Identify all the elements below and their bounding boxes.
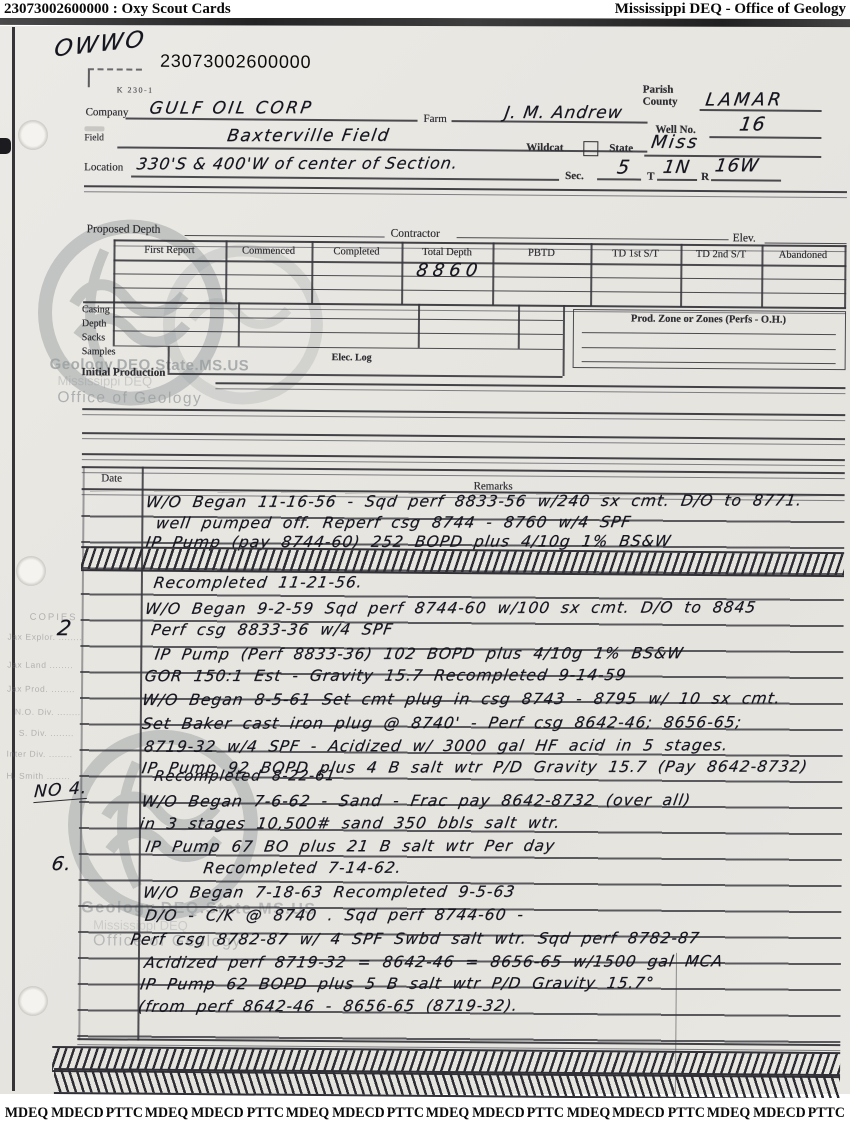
rule-line (657, 179, 697, 181)
copies-item: S. Div. (19, 728, 74, 738)
sec-label: Sec. (565, 170, 584, 182)
rule-line (84, 185, 847, 198)
remark-line: Perf csg 8833-36 w/4 SPF (150, 620, 395, 639)
remark-line: IP Pump 62 BOPD plus 5 B salt wtr P/D Gr… (139, 974, 656, 993)
viewer-header-bar: 23073002600000 : Oxy Scout Cards Mississ… (0, 0, 850, 18)
remark-line: W/O Began 11-16-56 - Sqd perf 8833-56 w/… (145, 491, 804, 511)
watermark-office-text: Office of Geology (57, 389, 202, 408)
grid-line (518, 305, 520, 349)
depth-label: Depth (82, 318, 107, 329)
col-total-depth: Total Depth (401, 247, 492, 259)
col-commenced: Commenced (225, 245, 311, 257)
sec-value: 5 (615, 156, 632, 178)
casing-label: Casing (82, 304, 110, 315)
well-no-value: 16 (738, 113, 768, 135)
remark-line: W/O Began 9-2-59 Sqd perf 8744-60 w/100 … (144, 598, 758, 618)
footer-item: PTTC (387, 1105, 424, 1122)
rule-line (82, 453, 845, 466)
footer-item: MDECD (613, 1105, 666, 1122)
remark-line: W/O Began 7-6-62 - Sand - Frac pay 8642-… (140, 791, 692, 810)
company-value: GULF OIL CORP (148, 98, 315, 118)
remark-line: (from perf 8642-46 - 8656-65 (8719-32). (137, 997, 520, 1016)
footer-item: MDEQ (286, 1105, 329, 1122)
grid-line (418, 304, 420, 348)
footer-item: MDECD (472, 1105, 525, 1122)
footer-item: MDEQ (567, 1105, 610, 1122)
remark-line: GOR 150:1 Est - Gravity 15.7 Recompleted… (143, 666, 627, 685)
no4-note: NO 4. (33, 778, 87, 803)
grid-line (563, 305, 565, 376)
elec-log-label: Elec. Log (332, 352, 372, 363)
owwo-handwritten-note: OWWO (53, 26, 147, 62)
field-label-smudge (84, 126, 104, 131)
footer-item: MDECD (753, 1105, 806, 1122)
punch-hole-middle (16, 556, 46, 586)
samples-label: Samples (82, 346, 116, 357)
copies-item: N.O. Div. (15, 707, 81, 718)
remark-line: W/O Began 8-5-61 Set cmt plug in csg 874… (141, 689, 782, 709)
footer-item: PTTC (668, 1105, 705, 1122)
remark-line: Recompleted 7-14-62. (202, 859, 403, 877)
remark-line: Perf csg 8782-87 w/ 4 SPF Swbd salt wtr.… (129, 929, 701, 948)
remark-line: IP Pump (Perf 8833-36) 102 BOPD plus 4/1… (154, 644, 685, 663)
rule-line (457, 237, 729, 241)
viewer-footer-bar: MDEQ MDECD PTTC MDEQ MDECD PTTC MDEQ MDE… (0, 1098, 850, 1129)
remark-line: Acidized perf 8719-32 = 8642-46 = 8656-6… (143, 952, 724, 971)
punch-hole-top (18, 120, 48, 150)
footer-item: MDEQ (426, 1105, 469, 1122)
remark-line: Set Baker cast iron plug @ 8740' - Perf … (141, 713, 743, 733)
col-pbtd: PBTD (492, 247, 590, 259)
header-right-title: Mississippi DEQ - Office of Geology (615, 1, 846, 18)
grid-line (168, 346, 170, 373)
location-value: 330'S & 400'W of center of Section. (135, 153, 459, 173)
copies-item: Jax Land (7, 660, 73, 671)
footer-item: PTTC (246, 1105, 283, 1122)
rule-line (117, 146, 647, 152)
header-left-title: 23073002600000 : Oxy Scout Cards (4, 1, 231, 18)
wildcat-label: Wildcat (526, 142, 563, 154)
copies-item: Jax Prod. (7, 684, 75, 695)
wildcat-checkbox (583, 141, 598, 156)
township-label: T (647, 171, 654, 183)
footer-item: MDECD (191, 1105, 244, 1122)
footer-item: MDECD (51, 1105, 104, 1122)
rule-line (711, 179, 781, 181)
proposed-depth-label: Proposed Depth (87, 223, 161, 236)
remark-line: 8719-32 w/4 SPF - Acidized w/ 3000 gal H… (143, 736, 730, 755)
col-first-report: First Report (113, 244, 225, 256)
api-number: 23073002600000 (160, 51, 312, 73)
remark-line: well pumped off. Reperf csg 8744 - 8760 … (155, 513, 633, 532)
remark-line: in 3 stages 10,500# sand 350 bbls salt w… (138, 814, 562, 833)
rule-line (82, 432, 845, 445)
rule-line (709, 136, 821, 138)
six-note: 6. (50, 853, 74, 875)
form-stamp: K 230-1 (117, 85, 154, 94)
remark-line: D/O - C/K @ 8740 . Sqd perf 8744-60 - (144, 906, 526, 925)
bottom-hatched-band-2 (54, 1068, 840, 1100)
rule-line (82, 408, 845, 421)
prod-zone-label: Prod. Zone or Zones (Perfs - O.H.) (575, 313, 842, 326)
total-depth-value: 8860 (415, 260, 484, 281)
col-abandoned: Abandoned (761, 250, 844, 262)
grid-line (238, 302, 240, 346)
field-label: Field (84, 133, 104, 143)
footer-item: PTTC (527, 1105, 564, 1122)
copies-item: Inter Div. (7, 749, 73, 760)
footer-item: MDECD (332, 1105, 385, 1122)
elev-label: Elev. (733, 232, 756, 244)
field-value: Baxterville Field (226, 126, 392, 146)
footer-item: MDEQ (707, 1105, 750, 1122)
range-label: R (701, 171, 709, 183)
rule-line (597, 178, 641, 180)
location-label: Location (84, 161, 123, 173)
col-td-2nd: TD 2nd S/T (680, 249, 761, 261)
footer-item: MDEQ (145, 1105, 188, 1122)
state-label: State (609, 142, 633, 154)
county-value: LAMAR (704, 89, 785, 110)
remark-line: Recompleted 11-21-56. (152, 573, 364, 592)
farm-value: J. M. Andrew (503, 103, 624, 123)
punch-hole-bottom (18, 986, 48, 1016)
company-label: Company (86, 106, 129, 118)
county-label: County (643, 96, 678, 108)
parish-label: Parish (643, 84, 674, 96)
initial-production-label: Initial Production (82, 366, 166, 379)
contractor-label: Contractor (391, 228, 440, 240)
sacks-label: Sacks (82, 332, 105, 343)
col-completed: Completed (311, 246, 401, 258)
footer-item: PTTC (808, 1105, 845, 1122)
farm-label: Farm (424, 113, 447, 125)
remark-line: Recompleted 8-22-61 (153, 768, 337, 784)
remark-line: W/O Began 7-18-63 Recompleted 9-5-63 (142, 883, 517, 902)
rule-line (131, 176, 559, 181)
state-value: Miss (650, 132, 701, 153)
col-td-1st: TD 1st S/T (590, 248, 680, 260)
footer-item: MDEQ (5, 1105, 48, 1122)
footer-item: PTTC (106, 1105, 143, 1122)
page: Geology.DEQ.State.MS.US Mississippi DEQ … (0, 0, 850, 1129)
township-value: 1N (662, 157, 692, 178)
range-value: 16W (714, 155, 761, 176)
date-header: Date (82, 472, 142, 484)
remark-line: IP Pump 67 BO plus 21 B salt wtr Per day (144, 837, 557, 856)
